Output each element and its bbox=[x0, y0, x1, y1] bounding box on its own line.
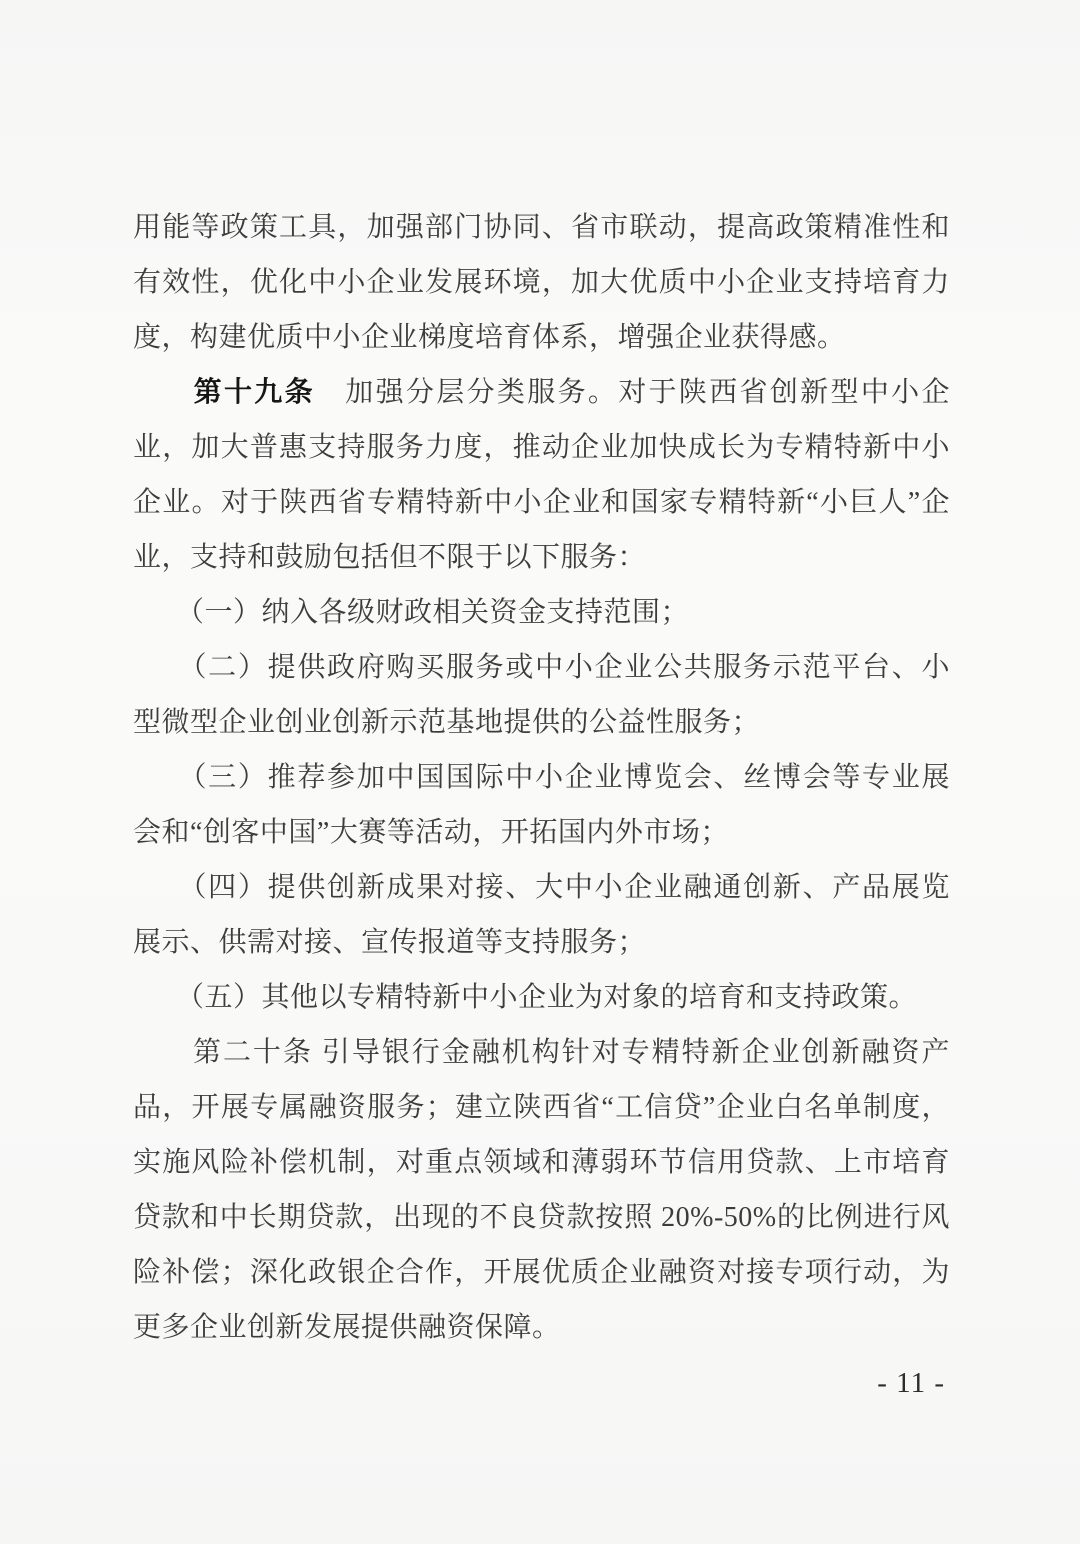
text-paragraph: （三）推荐参加中国国际中小企业博览会、丝博会等专业展会和“创客中国”大赛等活动，… bbox=[133, 750, 950, 860]
line-text: 型微型企业创业创新示范基地提供的公益性服务； bbox=[133, 707, 760, 738]
line-text: （五）其他以专精特新中小企业为对象的培育和支持政策。 bbox=[133, 982, 917, 1013]
text-line: （一）纳入各级财政相关资金支持范围； bbox=[133, 585, 950, 640]
document-page: 用能等政策工具，加强部门协同、省市联动，提高政策精准性和有效性，优化中小企业发展… bbox=[0, 0, 1080, 1544]
text-paragraph: （四）提供创新成果对接、大中小企业融通创新、产品展览展示、供需对接、宣传报道等支… bbox=[133, 860, 950, 970]
text-line: （二）提供政府购买服务或中小企业公共服务示范平台、小 bbox=[133, 640, 950, 695]
line-indent bbox=[133, 377, 194, 408]
line-text: 会和“创客中国”大赛等活动，开拓国内外市场； bbox=[133, 817, 729, 848]
line-text: 展示、供需对接、宣传报道等支持服务； bbox=[133, 927, 646, 958]
text-line: 业，支持和鼓励包括但不限于以下服务： bbox=[133, 530, 950, 585]
line-text: （二）提供政府购买服务或中小企业公共服务示范平台、小 bbox=[133, 652, 950, 683]
line-text: 贷款和中长期贷款，出现的不良贷款按照 20%-50%的比例进行风 bbox=[133, 1202, 950, 1233]
text-line: （三）推荐参加中国国际中小企业博览会、丝博会等专业展 bbox=[133, 750, 950, 805]
line-text: 第二十条 引导银行金融机构针对专精特新企业创新融资产 bbox=[133, 1037, 950, 1068]
line-text: 更多企业创新发展提供融资保障。 bbox=[133, 1312, 561, 1343]
text-line: （四）提供创新成果对接、大中小企业融通创新、产品展览 bbox=[133, 860, 950, 915]
line-text: 业，加大普惠支持服务力度，推动企业加快成长为专精特新中小 bbox=[133, 432, 950, 463]
text-column: 用能等政策工具，加强部门协同、省市联动，提高政策精准性和有效性，优化中小企业发展… bbox=[133, 200, 950, 1355]
text-line: 贷款和中长期贷款，出现的不良贷款按照 20%-50%的比例进行风 bbox=[133, 1190, 950, 1245]
line-text: 业，支持和鼓励包括但不限于以下服务： bbox=[133, 542, 646, 573]
line-text: 用能等政策工具，加强部门协同、省市联动，提高政策精准性和 bbox=[133, 212, 950, 243]
article-number: 第十九条 bbox=[194, 377, 315, 408]
line-text: 加强分层分类服务。对于陕西省创新型中小企 bbox=[315, 377, 950, 408]
line-text: （四）提供创新成果对接、大中小企业融通创新、产品展览 bbox=[133, 872, 950, 903]
text-line: 第十九条 加强分层分类服务。对于陕西省创新型中小企 bbox=[133, 365, 950, 420]
text-line: 度，构建优质中小企业梯度培育体系，增强企业获得感。 bbox=[133, 310, 950, 365]
text-line: 型微型企业创业创新示范基地提供的公益性服务； bbox=[133, 695, 950, 750]
line-text: 品，开展专属融资服务；建立陕西省“工信贷”企业白名单制度， bbox=[133, 1092, 950, 1123]
line-text: 度，构建优质中小企业梯度培育体系，增强企业获得感。 bbox=[133, 322, 846, 353]
text-paragraph: （二）提供政府购买服务或中小企业公共服务示范平台、小型微型企业创业创新示范基地提… bbox=[133, 640, 950, 750]
text-paragraph: 第十九条 加强分层分类服务。对于陕西省创新型中小企业，加大普惠支持服务力度，推动… bbox=[133, 365, 950, 585]
line-text: 有效性，优化中小企业发展环境，加大优质中小企业支持培育力 bbox=[133, 267, 950, 298]
text-line: 业，加大普惠支持服务力度，推动企业加快成长为专精特新中小 bbox=[133, 420, 950, 475]
text-line: （五）其他以专精特新中小企业为对象的培育和支持政策。 bbox=[133, 970, 950, 1025]
text-line: 用能等政策工具，加强部门协同、省市联动，提高政策精准性和 bbox=[133, 200, 950, 255]
text-line: 企业。对于陕西省专精特新中小企业和国家专精特新“小巨人”企 bbox=[133, 475, 950, 530]
text-line: 第二十条 引导银行金融机构针对专精特新企业创新融资产 bbox=[133, 1025, 950, 1080]
line-text: 险补偿；深化政银企合作，开展优质企业融资对接专项行动，为 bbox=[133, 1257, 950, 1288]
text-line: 品，开展专属融资服务；建立陕西省“工信贷”企业白名单制度， bbox=[133, 1080, 950, 1135]
text-paragraph: 第二十条 引导银行金融机构针对专精特新企业创新融资产品，开展专属融资服务；建立陕… bbox=[133, 1025, 950, 1355]
line-text: 企业。对于陕西省专精特新中小企业和国家专精特新“小巨人”企 bbox=[133, 487, 950, 518]
text-line: 展示、供需对接、宣传报道等支持服务； bbox=[133, 915, 950, 970]
text-line: 实施风险补偿机制，对重点领域和薄弱环节信用贷款、上市培育 bbox=[133, 1135, 950, 1190]
line-text: （一）纳入各级财政相关资金支持范围； bbox=[133, 597, 689, 628]
text-paragraph: （一）纳入各级财政相关资金支持范围； bbox=[133, 585, 950, 640]
text-line: 会和“创客中国”大赛等活动，开拓国内外市场； bbox=[133, 805, 950, 860]
text-paragraph: 用能等政策工具，加强部门协同、省市联动，提高政策精准性和有效性，优化中小企业发展… bbox=[133, 200, 950, 365]
text-paragraph: （五）其他以专精特新中小企业为对象的培育和支持政策。 bbox=[133, 970, 950, 1025]
text-line: 有效性，优化中小企业发展环境，加大优质中小企业支持培育力 bbox=[133, 255, 950, 310]
text-line: 更多企业创新发展提供融资保障。 bbox=[133, 1300, 950, 1355]
text-line: 险补偿；深化政银企合作，开展优质企业融资对接专项行动，为 bbox=[133, 1245, 950, 1300]
line-text: （三）推荐参加中国国际中小企业博览会、丝博会等专业展 bbox=[133, 762, 950, 793]
line-text: 实施风险补偿机制，对重点领域和薄弱环节信用贷款、上市培育 bbox=[133, 1147, 950, 1178]
page-number: - 11 - bbox=[877, 1366, 945, 1400]
